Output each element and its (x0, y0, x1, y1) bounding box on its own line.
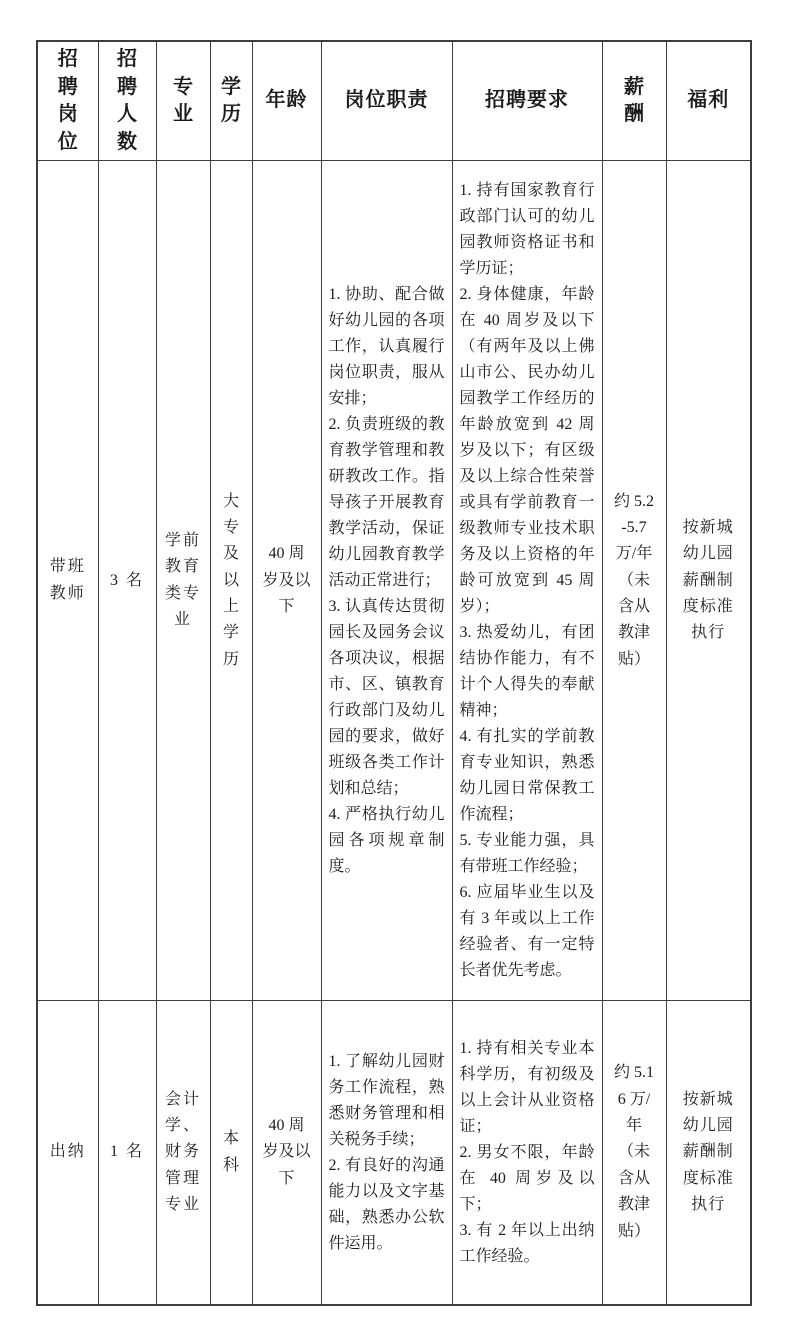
table-row-cashier: 出纳 1 名 会计学、财务管理专业 本科 40 周岁及以下 1. 了解幼儿园财务… (37, 1001, 751, 1305)
cashier-headcount-cell: 1 名 (98, 1001, 156, 1305)
cashier-age-cell: 40 周岁及以下 (252, 1001, 321, 1305)
header-position: 招聘岗位 (37, 41, 98, 161)
cashier-salary-cell: 约 5.16 万/年（未含从教津贴） (602, 1001, 666, 1305)
teacher-salary-value: 约 5.2-5.7 万/年（未含从教津贴） (612, 489, 655, 674)
teacher-age-cell: 40 周岁及以下 (252, 161, 321, 1001)
header-major-label: 专业 (171, 74, 195, 129)
header-education-label: 学历 (219, 74, 243, 129)
table-row-teacher: 带班教师 3 名 学前教育类专业 大专及以上学历 40 周岁及以下 1. 协助、… (37, 161, 751, 1001)
cashier-welfare-value: 按新城幼儿园薪酬制度标准执行 (680, 1087, 736, 1219)
cashier-duties-cell: 1. 了解幼儿园财务工作流程，熟悉财务管理和相关税务手续； 2. 有良好的沟通能… (321, 1001, 452, 1305)
header-headcount-label: 招聘人数 (115, 46, 139, 156)
teacher-major-value: 学前教育类专业 (165, 528, 202, 634)
header-age-label: 年龄 (266, 89, 308, 111)
header-duties-label: 岗位职责 (345, 89, 429, 111)
header-welfare-label: 福利 (687, 89, 729, 111)
table-header-row: 招聘岗位 招聘人数 专业 学历 年龄 岗位职责 招聘要求 薪酬 福利 (37, 41, 751, 161)
cashier-position-value: 出纳 (49, 1139, 87, 1165)
teacher-welfare-cell: 按新城幼儿园薪酬制度标准执行 (666, 161, 751, 1001)
header-requirements: 招聘要求 (452, 41, 602, 161)
header-position-label: 招聘岗位 (56, 46, 80, 156)
teacher-position-cell: 带班教师 (37, 161, 98, 1001)
teacher-requirements-cell: 1. 持有国家教育行政部门认可的幼儿园教师资格证书和学历证； 2. 身体健康，年… (452, 161, 602, 1001)
header-duties: 岗位职责 (321, 41, 452, 161)
teacher-headcount-cell: 3 名 (98, 161, 156, 1001)
teacher-position-value: 带班教师 (49, 554, 87, 607)
cashier-major-value: 会计学、财务管理专业 (165, 1087, 202, 1219)
teacher-welfare-value: 按新城幼儿园薪酬制度标准执行 (680, 515, 736, 647)
header-requirements-label: 招聘要求 (485, 89, 569, 111)
page: 招聘岗位 招聘人数 专业 学历 年龄 岗位职责 招聘要求 薪酬 福利 带班教师 … (0, 0, 786, 1324)
cashier-education-cell: 本科 (210, 1001, 252, 1305)
teacher-headcount-value: 3 名 (110, 572, 144, 589)
header-major: 专业 (156, 41, 210, 161)
cashier-age-value: 40 周岁及以下 (261, 1113, 312, 1192)
cashier-headcount-value: 1 名 (110, 1143, 144, 1160)
header-headcount: 招聘人数 (98, 41, 156, 161)
cashier-position-cell: 出纳 (37, 1001, 98, 1305)
teacher-duties-cell: 1. 协助、配合做好幼儿园的各项工作，认真履行岗位职责，服从安排； 2. 负责班… (321, 161, 452, 1001)
teacher-major-cell: 学前教育类专业 (156, 161, 210, 1001)
recruitment-table: 招聘岗位 招聘人数 专业 学历 年龄 岗位职责 招聘要求 薪酬 福利 带班教师 … (36, 40, 752, 1306)
header-welfare: 福利 (666, 41, 751, 161)
teacher-education-value: 大专及以上学历 (221, 489, 242, 674)
header-salary-label: 薪酬 (622, 74, 646, 129)
header-education: 学历 (210, 41, 252, 161)
header-salary: 薪酬 (602, 41, 666, 161)
cashier-requirements-cell: 1. 持有相关专业本科学历，有初级及以上会计从业资格证； 2. 男女不限，年龄在… (452, 1001, 602, 1305)
cashier-education-value: 本科 (221, 1126, 242, 1179)
cashier-salary-value: 约 5.16 万/年（未含从教津贴） (612, 1060, 655, 1245)
teacher-salary-cell: 约 5.2-5.7 万/年（未含从教津贴） (602, 161, 666, 1001)
cashier-welfare-cell: 按新城幼儿园薪酬制度标准执行 (666, 1001, 751, 1305)
header-age: 年龄 (252, 41, 321, 161)
teacher-education-cell: 大专及以上学历 (210, 161, 252, 1001)
teacher-age-value: 40 周岁及以下 (261, 541, 312, 620)
cashier-major-cell: 会计学、财务管理专业 (156, 1001, 210, 1305)
